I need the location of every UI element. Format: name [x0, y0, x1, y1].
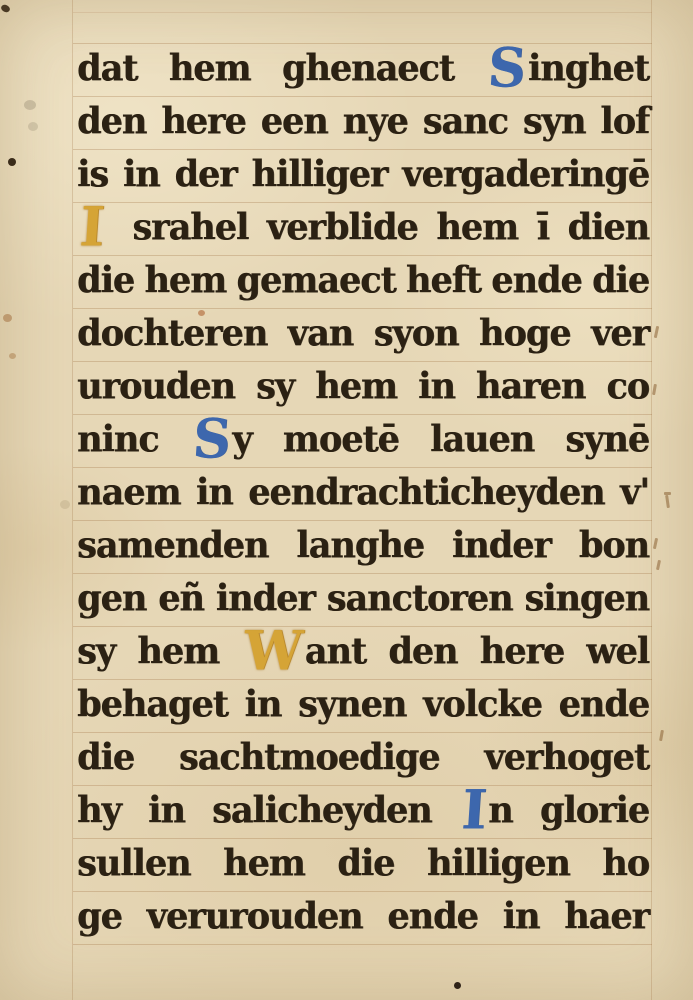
ink-speck	[8, 158, 16, 166]
manuscript-line-8: ninc Sy moetē lauen synē	[77, 414, 649, 469]
manuscript-line-9: naem in eendrachticheyden v'	[77, 467, 649, 522]
manuscript-line-6: dochteren van syon hoge ver	[77, 308, 649, 363]
manuscript-line-14: die sachtmoedige verhoget	[77, 732, 649, 787]
manuscript-line-2: den here een nye sanc syn lof	[77, 96, 649, 151]
manuscript-line-10: samenden langhe inder bon	[77, 520, 649, 575]
manuscript-line-7: urouden sy hem in haren co	[77, 361, 649, 416]
text-segment: ninc	[77, 418, 190, 461]
manuscript-line-16: sullen hem die hilligen ho	[77, 838, 649, 893]
stain-spot	[198, 310, 205, 316]
illuminated-initial-w-gold: W	[240, 631, 306, 673]
illuminated-initial-s-blue: S	[484, 48, 529, 90]
ink-speck	[454, 982, 461, 989]
text-segment: gen eñ inder sanctoren singen	[77, 577, 649, 620]
text-segment: ge verurouden ende in haer	[77, 895, 649, 938]
manuscript-line-11: gen eñ inder sanctoren singen	[77, 573, 649, 628]
text-segment: y moetē lauen synē	[232, 418, 649, 461]
manuscript-line-15: hy in salicheyden In glorie	[77, 785, 649, 840]
text-segment: is in der hilliger vergaderingē	[77, 153, 649, 196]
manuscript-line-5: die hem gemaect heft ende die	[77, 255, 649, 310]
text-segment: den here een nye sanc syn lof	[77, 100, 649, 143]
manuscript-line-3: is in der hilliger vergaderingē	[77, 149, 649, 204]
illuminated-initial-i-blue: I	[457, 790, 489, 832]
text-segment: dat hem ghenaect	[77, 47, 485, 90]
text-segment: urouden sy hem in haren co	[77, 365, 649, 408]
text-segment: die sachtmoedige verhoget	[77, 736, 649, 779]
stain-spot	[24, 100, 36, 110]
stain-spot	[28, 122, 38, 131]
illuminated-initial-s-blue: S	[188, 419, 233, 461]
text-block: dat hem ghenaect Singhetden here een nye…	[0, 0, 693, 1000]
manuscript-line-4: Israhel verblide hem ī dien	[77, 202, 649, 257]
text-segment: n glorie	[488, 789, 649, 832]
text-segment: srahel verblide hem ī dien	[132, 206, 649, 249]
manuscript-line-17: ge verurouden ende in haer	[77, 891, 649, 946]
text-segment: samenden langhe inder bon	[77, 524, 649, 567]
stain-spot	[9, 353, 16, 359]
text-segment: naem in eendrachticheyden v'	[77, 471, 649, 514]
manuscript-page: dat hem ghenaect Singhetden here een nye…	[0, 0, 693, 1000]
text-segment: inghet	[528, 47, 649, 90]
stain-spot	[3, 314, 12, 322]
stain-spot	[60, 500, 70, 509]
manuscript-line-1: dat hem ghenaect Singhet	[77, 43, 649, 98]
text-segment: die hem gemaect heft ende die	[77, 259, 649, 302]
illuminated-initial-i-gold: I	[76, 207, 108, 249]
manuscript-line-12: sy hem Want den here wel	[77, 626, 649, 681]
text-segment: dochteren van syon hoge ver	[77, 312, 649, 355]
text-segment: hy in salicheyden	[77, 789, 459, 832]
text-segment: behaget in synen volcke ende	[77, 683, 649, 726]
manuscript-line-13: behaget in synen volcke ende	[77, 679, 649, 734]
text-segment: sy hem	[77, 630, 241, 673]
text-segment: ant den here wel	[305, 630, 649, 673]
text-segment: sullen hem die hilligen ho	[77, 842, 649, 885]
